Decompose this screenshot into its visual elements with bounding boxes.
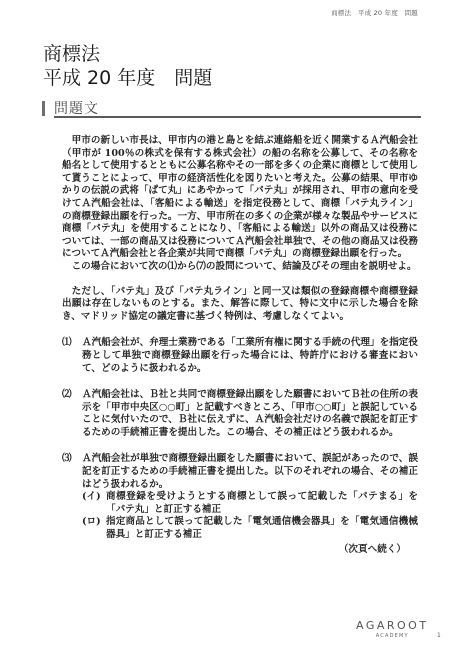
question-text: Ａ汽船会社が、弁理士業務である「工業所有権に関する手続の代理」を指定役務として単…	[82, 337, 418, 375]
subitem-label: (イ)	[82, 491, 101, 504]
subitem-label: (ロ)	[82, 516, 101, 529]
subitem-text: 指定商品として誤って記載した「電気通信機会器具」を「電気通信機械器具」と訂正する…	[106, 516, 418, 540]
question-3: ⑶ Ａ汽船会社が単独で商標登録出願をした願書において、誤記があったので、誤記を訂…	[62, 453, 418, 491]
document-title: 商標法 平成 20 年度 問題	[43, 42, 212, 90]
question-number: ⑶	[62, 453, 72, 466]
problem-body: 甲市の新しい市長は、甲市内の港と島とを結ぶ連絡船を近く開業するＡ汽船会社（甲市が…	[62, 135, 418, 556]
logo-wordmark: AGAROOT	[356, 619, 429, 632]
agaroot-academy-logo: AGAROOT ACADEMY	[356, 619, 429, 639]
continued-next-page: （次頁へ続く）	[62, 544, 418, 557]
problem-paragraph-scenario: 甲市の新しい市長は、甲市内の港と島とを結ぶ連絡船を近く開業するＡ汽船会社（甲市が…	[62, 135, 418, 261]
question-2: ⑵ Ａ汽船会社は、Ｂ社と共同で商標登録出願をした願書においてＢ社の住所の表示を「…	[62, 389, 418, 439]
title-subject: 商標法	[43, 42, 212, 66]
question-3-subitem-i: (イ) 商標登録を受けようとする商標として誤って記載した「パテまる」を「パテ丸」…	[62, 491, 418, 516]
question-text: Ａ汽船会社は、Ｂ社と共同で商標登録出願をした願書においてＢ社の住所の表示を「甲市…	[82, 389, 418, 439]
heading-bar-decoration	[42, 101, 45, 116]
running-header: 商標法 平成 20 年度 問題	[331, 8, 418, 17]
problem-paragraph-conditions: ただし、「パテ丸」及び「パテ丸ライン」と同一又は類似の登録商標や商標登録出願は存…	[62, 286, 418, 324]
problem-paragraph-instruction: この場合において次の⑴から⑺の設問について、結論及びその理由を説明せよ。	[62, 261, 418, 274]
heading-underline	[54, 116, 421, 118]
logo-subtitle: ACADEMY	[356, 633, 429, 639]
question-1: ⑴ Ａ汽船会社が、弁理士業務である「工業所有権に関する手続の代理」を指定役務とし…	[62, 337, 418, 375]
page-number: 1	[437, 632, 441, 639]
section-heading-label: 問題文	[54, 98, 99, 118]
section-heading: 問題文	[42, 98, 421, 118]
question-number: ⑴	[62, 337, 72, 350]
title-year: 平成 20 年度 問題	[43, 66, 212, 90]
question-number: ⑵	[62, 389, 72, 402]
question-text: Ａ汽船会社が単独で商標登録出願をした願書において、誤記があったので、誤記を訂正す…	[82, 453, 418, 491]
subitem-text: 商標登録を受けようとする商標として誤って記載した「パテまる」を「パテ丸」と訂正す…	[106, 491, 418, 515]
question-3-subitem-ro: (ロ) 指定商品として誤って記載した「電気通信機会器具」を「電気通信機械器具」と…	[62, 516, 418, 541]
